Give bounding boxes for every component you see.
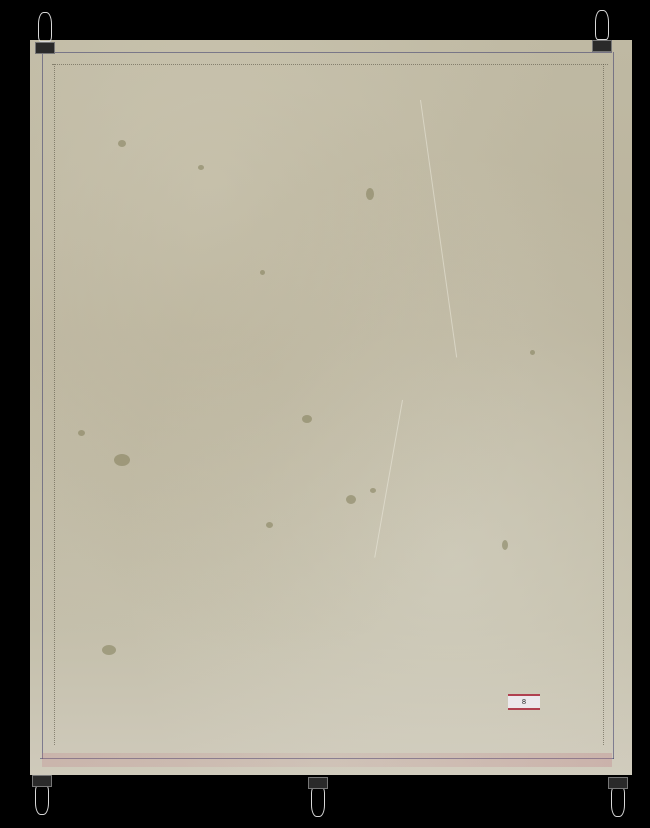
fabric-crease [374, 400, 403, 558]
stitching-top [52, 64, 608, 65]
cloth-canvas [30, 40, 632, 775]
binder-clip-top-right [591, 8, 613, 52]
binder-clip-bottom-center [307, 777, 329, 821]
stain [302, 415, 312, 423]
stain [102, 645, 116, 655]
stain [346, 495, 356, 504]
stain [260, 270, 265, 275]
stain [78, 430, 85, 436]
stitching-left [54, 64, 55, 745]
binder-clip-top-left [34, 10, 56, 54]
stain [530, 350, 535, 355]
stain [114, 454, 130, 466]
inventory-label: 8 [508, 694, 540, 710]
pink-stain-band [42, 753, 612, 767]
stain [198, 165, 204, 170]
stain [366, 188, 374, 200]
hem-line-top [50, 52, 612, 53]
binder-clip-bottom-right [607, 777, 629, 821]
stain [266, 522, 273, 528]
hem-line-left [42, 52, 43, 759]
binder-clip-bottom-left [31, 775, 53, 819]
stain [370, 488, 376, 493]
stain [118, 140, 126, 147]
hem-line-right [613, 52, 614, 759]
fabric-crease [420, 100, 457, 358]
stain [502, 540, 508, 550]
stitching-right [603, 64, 604, 745]
